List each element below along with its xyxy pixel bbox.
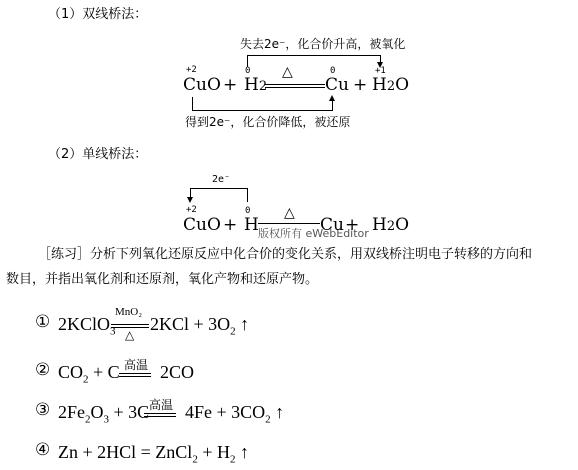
formula-cu: Cu <box>320 215 344 235</box>
exercise-1-right: 2KCl + 3O2 ↑ <box>150 314 249 338</box>
formula-cuo: CuO <box>183 75 221 95</box>
formula-h2o: H2O <box>372 215 409 235</box>
plus-sign: + <box>223 215 237 235</box>
exercise-number: ④ <box>35 440 50 460</box>
valence-cuo: +2 <box>186 205 197 215</box>
practice-line-1: ［练习］分析下列氧化还原反应中化合价的变化关系，用双线桥注明电子转移的方向和 <box>38 243 532 262</box>
condition-label: 高温 <box>149 396 173 413</box>
single-bridge-line <box>190 188 247 189</box>
bridge-bottom-line <box>192 110 332 111</box>
formula-cuo: CuO <box>183 215 221 235</box>
bridge-top-line <box>247 55 380 56</box>
oxidation-label: 失去2e⁻，化合价升高，被氧化 <box>240 35 405 52</box>
exercise-2-left: CO2 + C <box>58 362 120 386</box>
exercise-number: ① <box>35 312 50 332</box>
section1-title: （1）双线桥法： <box>48 3 147 22</box>
formula-h2o: H2O <box>372 75 409 95</box>
reaction-equals <box>144 413 176 417</box>
catalyst-label: MnO₂ <box>115 306 142 318</box>
practice-line-2: 数目，并指出氧化剂和还原剂，氧化产物和还原产物。 <box>6 268 318 287</box>
exercise-number: ② <box>35 360 50 380</box>
arrow-down-icon <box>187 197 193 203</box>
formula-h2: H2 <box>244 75 267 95</box>
arrow-up-icon <box>329 95 335 101</box>
exercise-2-right: 2CO <box>160 362 194 383</box>
section2-title: （2）单线桥法： <box>48 143 147 162</box>
exercise-4-equation: Zn + 2HCl = ZnCl2 + H2 ↑ <box>58 442 249 466</box>
exercise-3-right: 4Fe + 3CO2 ↑ <box>185 402 284 426</box>
exercise-1-left: 2KClO3 <box>58 314 116 338</box>
reaction-equals <box>265 84 325 88</box>
reaction-line <box>258 223 320 224</box>
valence-cuo: +2 <box>186 65 197 75</box>
plus-sign: + <box>353 75 367 95</box>
formula-cu: Cu <box>325 75 349 95</box>
plus-sign: + <box>223 75 237 95</box>
delta-icon: △ <box>282 64 293 80</box>
reduction-label: 得到2e⁻，化合价降低，被还原 <box>185 113 350 130</box>
exercise-3-left: 2Fe2O3 + 3C <box>58 402 149 426</box>
delta-icon: △ <box>284 205 295 221</box>
formula-h: H <box>244 215 259 235</box>
exercise-number: ③ <box>35 400 50 420</box>
electron-label: 2e⁻ <box>212 174 230 185</box>
reaction-equals <box>119 373 151 377</box>
delta-icon: △ <box>125 328 134 342</box>
plus-sign: + <box>345 215 359 235</box>
condition-label: 高温 <box>124 356 148 373</box>
bridge-bottom-left <box>192 97 193 110</box>
single-bridge-right <box>247 188 248 202</box>
